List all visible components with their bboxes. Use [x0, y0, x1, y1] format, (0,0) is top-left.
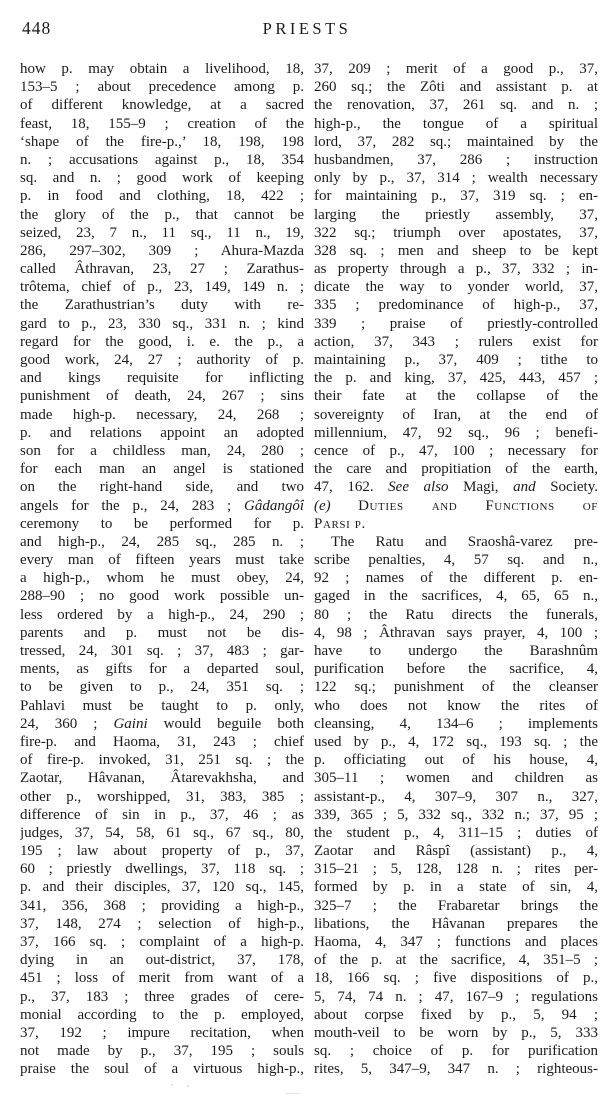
text-line: dicate the way to yonder world, 37, — [314, 278, 598, 296]
text-line: not made by p., 37, 195 ; souls — [20, 1042, 304, 1060]
text-line: Zaotar and Râspî (assistant) p., 4, — [314, 842, 598, 860]
text-line: who does not know the rites of — [314, 697, 598, 715]
text-line: sq. ; choice of p. for purification — [314, 1042, 598, 1060]
text-line: the Zarathustrian’s duty with re- — [20, 296, 304, 314]
text-line: tressed, 24, 301 sq. ; 37, 483 ; gar- — [20, 642, 304, 660]
text-line: on the right-hand side, and two — [20, 478, 304, 496]
text-line: Haoma, 4, 347 ; functions and places — [314, 933, 598, 951]
text-line: called Âthravan, 23, 27 ; Zarathus- — [20, 260, 304, 278]
text-line: Pahlavi must be taught to p. only, — [20, 697, 304, 715]
scan-speck — [171, 1084, 173, 1086]
text-line: the renovation, 37, 261 sq. and n. ; — [314, 96, 598, 114]
text-line: 260 sq.; the Zôti and assistant p. at — [314, 78, 598, 96]
text-line: parents and p. must not be dis- — [20, 624, 304, 642]
text-line: 335 ; predominance of high-p., 37, — [314, 296, 598, 314]
text-line: 451 ; loss of merit from want of a — [20, 969, 304, 987]
text-line: angels for the p., 24, 283 ; Gâdangôî — [20, 497, 304, 515]
text-line: 315–21 ; 5, 128, 128 n. ; rites per- — [314, 860, 598, 878]
text-line: high-p., the tongue of a spiritual — [314, 115, 598, 133]
text-line: p., 37, 183 ; three grades of cere- — [20, 988, 304, 1006]
text-line: regard for the good, i. e. the p., a — [20, 333, 304, 351]
text-line: sovereignty of Iran, at the end of — [314, 406, 598, 424]
text-line: lord, 37, 282 sq.; maintained by the — [314, 133, 598, 151]
text-line: 288–90 ; no good work possible un- — [20, 587, 304, 605]
text-line: Zaotar, Hâvanan, Âtarevakhsha, and — [20, 769, 304, 787]
text-line: 18, 166 sq. ; five dispositions of p., — [314, 969, 598, 987]
text-line: punishment of death, 24, 267 ; sins — [20, 387, 304, 405]
text-line: 60 ; priestly dwellings, 37, 118 sq. ; — [20, 860, 304, 878]
text-line: a high-p., whom he must obey, 24, — [20, 569, 304, 587]
text-line: ‘shape of the fire-p.,’ 18, 198, 198 — [20, 133, 304, 151]
text-line: the p. and king, 37, 425, 443, 457 ; — [314, 369, 598, 387]
text-line: cleansing, 4, 134–6 ; implements — [314, 715, 598, 733]
text-line: 325–7 ; the Frabaretar brings the — [314, 897, 598, 915]
text-line: 339 ; praise of priestly-controlled — [314, 315, 598, 333]
text-line: about corpse fixed by p., 5, 94 ; — [314, 1006, 598, 1024]
text-line: 92 ; names of the different p. en- — [314, 569, 598, 587]
text-line: the glory of the p., that cannot be — [20, 206, 304, 224]
text-line: son for a childless man, 24, 280 ; — [20, 442, 304, 460]
text-line: of different knowledge, at a sacred — [20, 96, 304, 114]
text-line: judges, 37, 54, 58, 61 sq., 67 sq., 80, — [20, 824, 304, 842]
text-line: to be given to p., 24, 351 sq. ; — [20, 678, 304, 696]
index-columns: how p. may obtain a livelihood, 18,153–5… — [20, 60, 598, 1079]
text-line: maintaining p., 37, 409 ; tithe to — [314, 351, 598, 369]
text-line: 5, 74, 74 n. ; 47, 167–9 ; regulations — [314, 988, 598, 1006]
text-line: ceremony to be performed for p. — [20, 515, 304, 533]
text-line: 122 sq.; punishment of the cleanser — [314, 678, 598, 696]
text-line: p. and their disciples, 37, 120 sq., 145… — [20, 878, 304, 896]
text-line: 305–11 ; women and children as — [314, 769, 598, 787]
text-line: formed by p. in a state of sin, 4, — [314, 878, 598, 896]
text-line: (e) Duties and Functions of — [314, 497, 598, 515]
text-line: gard to p., 23, 330 sq., 331 n. ; kind — [20, 315, 304, 333]
text-line: for each man an angel is stationed — [20, 460, 304, 478]
text-line: only by p., 37, 314 ; wealth necessary — [314, 169, 598, 187]
scan-speck — [187, 1085, 189, 1087]
column-left: how p. may obtain a livelihood, 18,153–5… — [20, 60, 304, 1079]
text-line: scribe penalties, 4, 57 sq. and n., — [314, 551, 598, 569]
text-line: used by p., 4, 172 sq., 193 sq. ; the — [314, 733, 598, 751]
text-line: the care and propitiation of the earth, — [314, 460, 598, 478]
text-line: difference of sin in p., 37, 46 ; as — [20, 806, 304, 824]
scan-speck — [286, 1093, 300, 1094]
text-line: husbandmen, 37, 286 ; instruction — [314, 151, 598, 169]
text-line: 4, 98 ; Âthravan says prayer, 4, 100 ; — [314, 624, 598, 642]
text-line: 328 sq. ; men and sheep to be kept — [314, 242, 598, 260]
text-line: other p., worshipped, 31, 383, 385 ; — [20, 788, 304, 806]
text-line: how p. may obtain a livelihood, 18, — [20, 60, 304, 78]
text-line: 37, 192 ; impure recitation, when — [20, 1024, 304, 1042]
text-line: The Ratu and Sraoshâ-varez pre- — [314, 533, 598, 551]
text-line: 47, 162. See also Magi, and Society. — [314, 478, 598, 496]
text-line: 24, 360 ; Gaini would beguile both — [20, 715, 304, 733]
page-title: PRIESTS — [0, 19, 614, 39]
column-right: 37, 209 ; merit of a good p., 37,260 sq.… — [314, 60, 598, 1079]
text-line: 153–5 ; about precedence among p. — [20, 78, 304, 96]
text-line: p. in food and clothing, 18, 422 ; — [20, 187, 304, 205]
text-line: libations, the Hâvanan prepares the — [314, 915, 598, 933]
text-line: their fate at the collapse of the — [314, 387, 598, 405]
text-line: of fire-p. invoked, 31, 251 sq. ; the — [20, 751, 304, 769]
text-line: Parsi p. — [314, 515, 598, 533]
text-line: every man of fifteen years must take — [20, 551, 304, 569]
text-line: p. officiating out of his house, 4, — [314, 751, 598, 769]
text-line: 341, 356, 368 ; providing a high-p., — [20, 897, 304, 915]
text-line: the student p., 4, 311–15 ; duties of — [314, 824, 598, 842]
text-line: ments, as gifts for a departed soul, — [20, 660, 304, 678]
text-line: and kings requisite for inflicting — [20, 369, 304, 387]
text-line: 37, 166 sq. ; complaint of a high-p. — [20, 933, 304, 951]
text-line: 322 sq.; triumph over apostates, 37, — [314, 224, 598, 242]
text-line: of the p. at the sacrifice, 4, 351–5 ; — [314, 951, 598, 969]
text-line: 339, 365 ; 5, 332 sq., 332 n.; 37, 95 ; — [314, 806, 598, 824]
text-line: millennium, 47, 92 sq., 96 ; benefi- — [314, 424, 598, 442]
text-line: larging the priestly assembly, 37, — [314, 206, 598, 224]
text-line: praise the soul of a virtuous high-p., — [20, 1060, 304, 1078]
text-line: gaged in the sacrifices, 4, 65, 65 n., — [314, 587, 598, 605]
text-line: made high-p. necessary, 24, 268 ; — [20, 406, 304, 424]
text-line: purification before the sacrifice, 4, — [314, 660, 598, 678]
text-line: monial according to the p. employed, — [20, 1006, 304, 1024]
text-line: 80 ; the Ratu directs the funerals, — [314, 606, 598, 624]
text-line: less ordered by a high-p., 24, 290 ; — [20, 606, 304, 624]
text-line: good work, 24, 27 ; authority of p. — [20, 351, 304, 369]
text-line: rites, 5, 347–9, 347 n. ; righteous- — [314, 1060, 598, 1078]
text-line: seized, 23, 7 n., 11 sq., 11 n., 19, — [20, 224, 304, 242]
text-line: feast, 18, 155–9 ; creation of the — [20, 115, 304, 133]
text-line: dying in an out-district, 37, 178, — [20, 951, 304, 969]
text-line: cence of p., 47, 100 ; necessary for — [314, 442, 598, 460]
text-line: 286, 297–302, 309 ; Ahura-Mazda — [20, 242, 304, 260]
text-line: trôtema, chief of p., 23, 149, 149 n. ; — [20, 278, 304, 296]
text-line: action, 37, 343 ; rulers exist for — [314, 333, 598, 351]
text-line: have to undergo the Barashnûm — [314, 642, 598, 660]
text-line: assistant-p., 4, 307–9, 307 n., 327, — [314, 788, 598, 806]
text-line: p. and relations appoint an adopted — [20, 424, 304, 442]
text-line: mouth-veil to be worn by p., 5, 333 — [314, 1024, 598, 1042]
text-line: sq. and n. ; good work of keeping — [20, 169, 304, 187]
text-line: 195 ; law about property of p., 37, — [20, 842, 304, 860]
text-line: as property through a p., 37, 332 ; in- — [314, 260, 598, 278]
text-line: fire-p. and Haoma, 31, 243 ; chief — [20, 733, 304, 751]
text-line: 37, 148, 274 ; selection of high-p., — [20, 915, 304, 933]
book-page: 448 PRIESTS how p. may obtain a liveliho… — [0, 0, 614, 1098]
text-line: and high-p., 24, 285 sq., 285 n. ; — [20, 533, 304, 551]
text-line: n. ; accusations against p., 18, 354 — [20, 151, 304, 169]
text-line: for maintaining p., 37, 319 sq. ; en- — [314, 187, 598, 205]
text-line: 37, 209 ; merit of a good p., 37, — [314, 60, 598, 78]
